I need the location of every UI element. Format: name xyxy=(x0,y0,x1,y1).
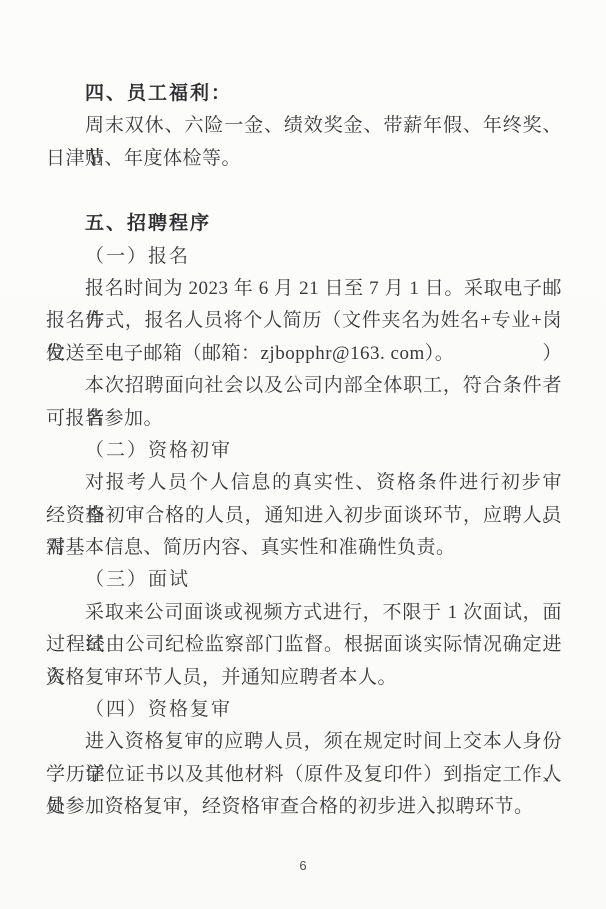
registration-paragraph-line: 报名时间为 2023 年 6 月 21 日至 7 月 1 日。采取电子邮件 xyxy=(46,273,562,305)
preliminary-review-paragraph-line: 对报考人员个人信息的真实性、资格条件进行初步审查。 xyxy=(46,467,562,499)
section-heading-procedure: 五、招聘程序 xyxy=(46,208,562,240)
final-review-paragraph-line: 处参加资格复审，经资格审查合格的初步进入拟聘环节。 xyxy=(46,791,562,823)
registration-paragraph-line: 本次招聘面向社会以及公司内部全体职工，符合条件者皆 xyxy=(46,370,562,402)
page-number: 6 xyxy=(0,856,606,876)
preliminary-review-paragraph-line: 对基本信息、简历内容、真实性和准确性负责。 xyxy=(46,532,562,564)
benefits-paragraph-line: 周末双休、六险一金、绩效奖金、带薪年假、年终奖、节 xyxy=(46,110,562,142)
section-gap xyxy=(46,175,562,208)
interview-paragraph-line: 采取来公司面谈或视频方式进行，不限于 1 次面试，面试 xyxy=(46,597,562,629)
final-review-paragraph-line: 学历学位证书以及其他材料（原件及复印件）到指定工作人员 xyxy=(46,759,562,791)
subsection-heading-preliminary-review: （二）资格初审 xyxy=(46,435,562,467)
preliminary-review-paragraph-line: 经资格初审合格的人员，通知进入初步面谈环节，应聘人员需 xyxy=(46,500,562,532)
interview-paragraph-line: 资格复审环节人员，并通知应聘者本人。 xyxy=(46,662,562,694)
document-body: 四、员工福利： 周末双休、六险一金、绩效奖金、带薪年假、年终奖、节 日津贴、年度… xyxy=(46,78,562,824)
document-page: 四、员工福利： 周末双休、六险一金、绩效奖金、带薪年假、年终奖、节 日津贴、年度… xyxy=(0,0,606,909)
benefits-paragraph-line: 日津贴、年度体检等。 xyxy=(46,143,562,175)
interview-paragraph-line: 过程经由公司纪检监察部门监督。根据面谈实际情况确定进入 xyxy=(46,629,562,661)
subsection-heading-interview: （三）面试 xyxy=(46,564,562,596)
section-heading-benefits: 四、员工福利： xyxy=(46,78,562,110)
subsection-heading-final-review: （四）资格复审 xyxy=(46,694,562,726)
final-review-paragraph-line: 进入资格复审的应聘人员，须在规定时间上交本人身份证、 xyxy=(46,726,562,758)
registration-paragraph-line: 报名方式，报名人员将个人简历（文件夹名为姓名+专业+岗位） xyxy=(46,305,562,337)
registration-paragraph-line: 可报名参加。 xyxy=(46,403,562,435)
subsection-heading-registration: （一）报名 xyxy=(46,241,562,273)
